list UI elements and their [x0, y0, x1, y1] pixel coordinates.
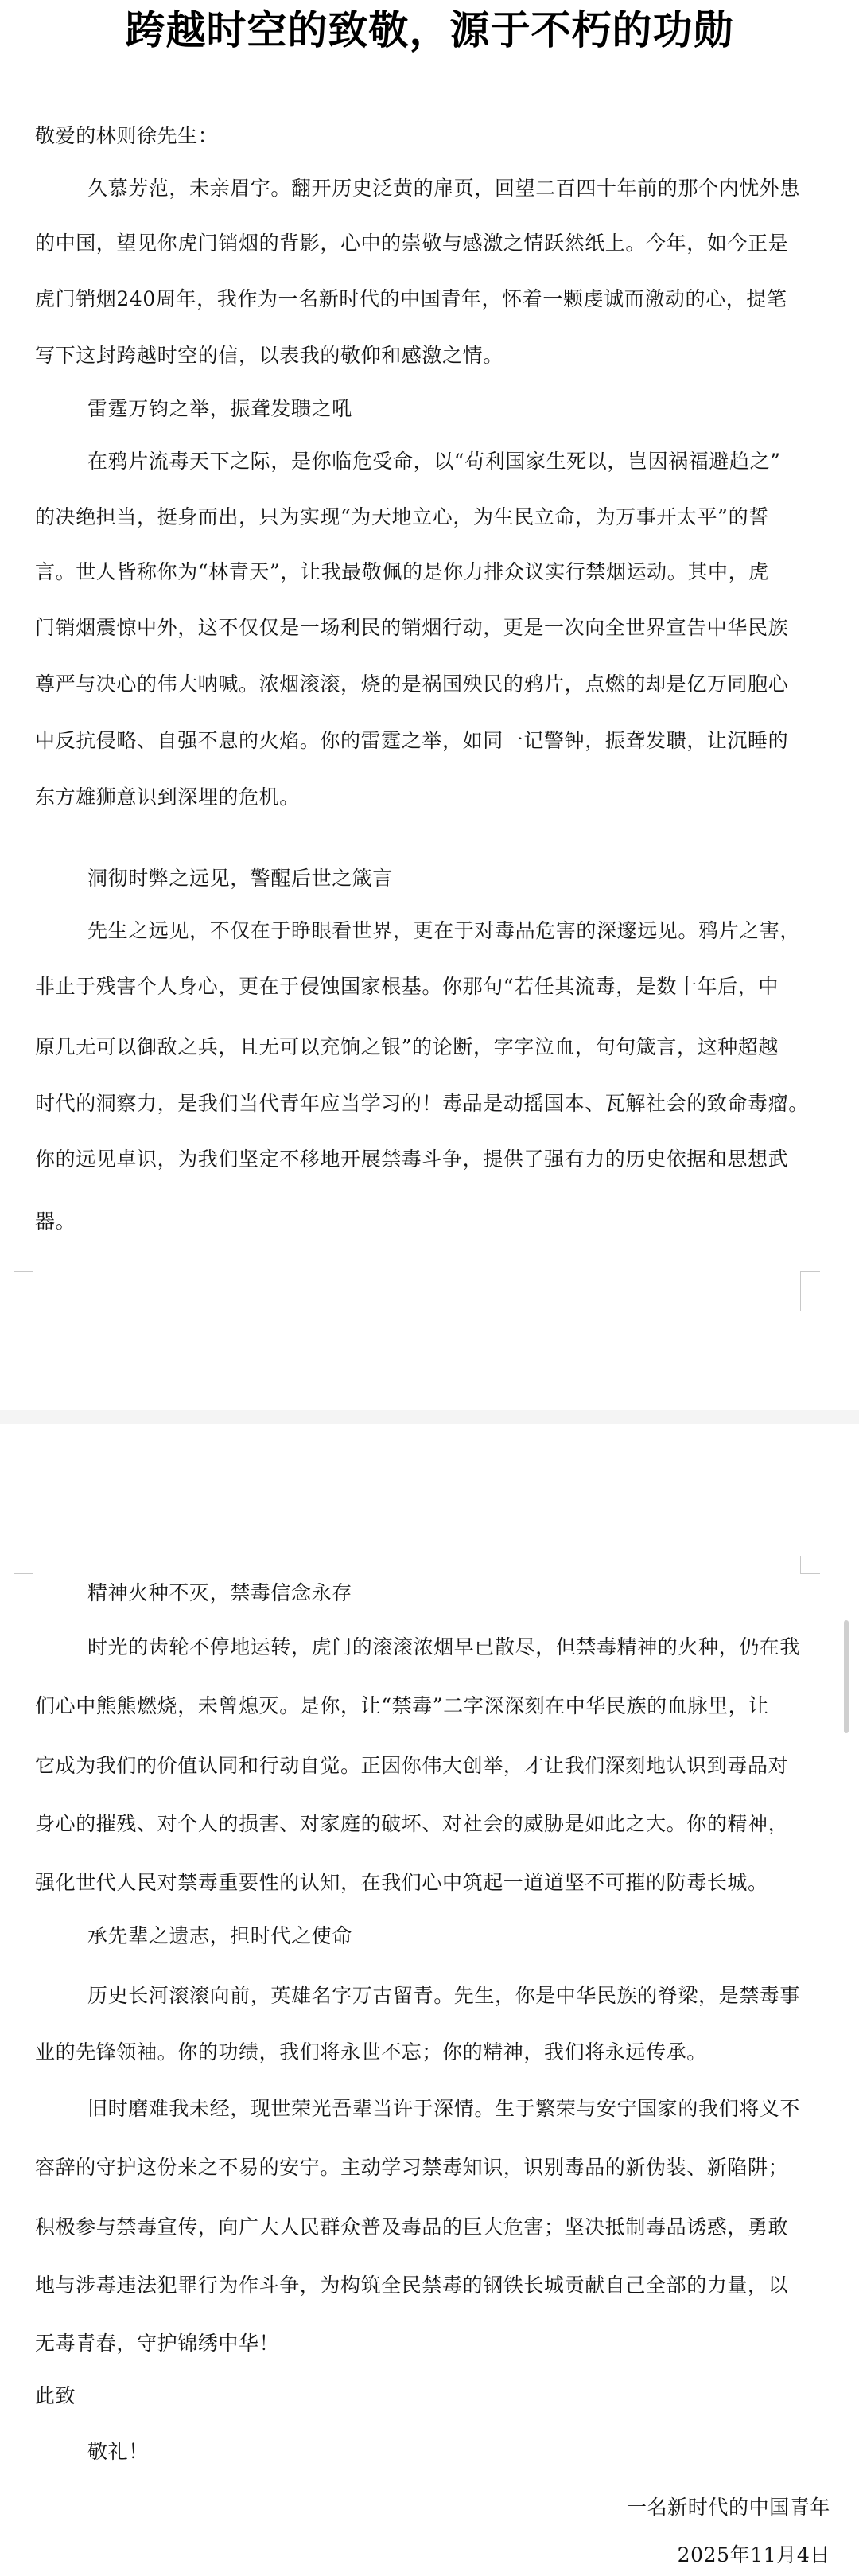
- closing-line: 此致: [35, 2383, 830, 2410]
- letter-date: 2025年11月4日: [678, 2542, 830, 2569]
- paragraph-line: 在鸦片流毒天下之际，是你临危受命，以“苟利国家生死以，岂因祸福避趋之”: [87, 448, 859, 475]
- paragraph-line: 先生之远见，不仅在于睁眼看世界，更在于对毒品危害的深邃远见。鸦片之害，: [87, 918, 859, 945]
- section-heading: 雷霆万钧之举，振聋发聩之吼: [87, 396, 859, 423]
- page-margin-corner-top-right: [800, 1556, 820, 1574]
- paragraph-line: 身心的摧残、对个人的损害、对家庭的破坏、对社会的威胁是如此之大。你的精神，: [35, 1810, 830, 1837]
- paragraph-line: 容辞的守护这份来之不易的安宁。主动学习禁毒知识，识别毒品的新伪装、新陷阱；: [35, 2154, 830, 2181]
- paragraph-line: 强化世代人民对禁毒重要性的认知，在我们心中筑起一道道坚不可摧的防毒长城。: [35, 1869, 830, 1896]
- paragraph-line: 旧时磨难我未经，现世荣光吾辈当许于深情。生于繁荣与安宁国家的我们将义不: [87, 2095, 859, 2122]
- paragraph-line: 的决绝担当，挺身而出，只为实现“为天地立心，为生民立命，为万事开太平”的誓: [35, 504, 830, 531]
- paragraph-line: 业的先锋领袖。你的功绩，我们将永世不忘；你的精神，我们将永远传承。: [35, 2039, 830, 2066]
- salutation: 敬爱的林则徐先生：: [35, 123, 830, 150]
- paragraph-line: 东方雄狮意识到深埋的危机。: [35, 784, 830, 811]
- section-heading: 精神火种不灭，禁毒信念永存: [87, 1580, 859, 1607]
- page-break-gap: [0, 1410, 859, 1424]
- signature: 一名新时代的中国青年: [627, 2494, 830, 2521]
- section-heading: 洞彻时弊之远见，警醒后世之箴言: [87, 865, 859, 892]
- paragraph-line: 历史长河滚滚向前，英雄名字万古留青。先生，你是中华民族的脊梁，是禁毒事: [87, 1982, 859, 2009]
- paragraph-line: 无毒青春，守护锦绣中华！: [35, 2330, 830, 2357]
- page-margin-corner-top-left: [14, 1556, 33, 1574]
- paragraph-line: 尊严与决心的伟大呐喊。浓烟滚滚，烧的是祸国殃民的鸦片，点燃的却是亿万同胞心: [35, 671, 830, 698]
- section-heading: 承先辈之遗志，担时代之使命: [87, 1923, 859, 1950]
- page-margin-corner-bottom-right: [800, 1271, 820, 1311]
- page-margin-corner-bottom-left: [14, 1271, 33, 1311]
- paragraph-line: 中反抗侵略、自强不息的火焰。你的雷霆之举，如同一记警钟，振聋发聩，让沉睡的: [35, 727, 830, 754]
- paragraph-line: 地与涉毒违法犯罪行为作斗争，为构筑全民禁毒的钢铁长城贡献自己全部的力量，以: [35, 2272, 830, 2299]
- paragraph-line: 器。: [35, 1208, 830, 1235]
- regards-line: 敬礼！: [87, 2438, 859, 2465]
- paragraph-line: 它成为我们的价值认同和行动自觉。正因你伟大创举，才让我们深刻地认识到毒品对: [35, 1752, 830, 1779]
- paragraph-line: 时代的洞察力，是我们当代青年应当学习的！毒品是动摇国本、瓦解社会的致命毒瘤。: [35, 1090, 830, 1117]
- document-page-1: 跨越时空的致敬，源于不朽的功勋 敬爱的林则徐先生： 久慕芳范，未亲眉宇。翻开历史…: [0, 0, 859, 1410]
- paragraph-line: 时光的齿轮不停地运转，虎门的滚滚浓烟早已散尽，但禁毒精神的火种，仍在我: [87, 1634, 859, 1661]
- paragraph-line: 积极参与禁毒宣传，向广大人民群众普及毒品的巨大危害；坚决抵制毒品诱惑，勇敢: [35, 2214, 830, 2241]
- paragraph-line: 写下这封跨越时空的信，以表我的敬仰和感激之情。: [35, 342, 830, 369]
- vertical-scrollbar[interactable]: [844, 1620, 849, 1733]
- paragraph-line: 久慕芳范，未亲眉宇。翻开历史泛黄的扉页，回望二百四十年前的那个内忧外患: [87, 175, 859, 202]
- paragraph-line: 原几无可以御敌之兵，且无可以充饷之银”的论断，字字泣血，句句箴言，这种超越: [35, 1034, 830, 1061]
- paragraph-line: 门销烟震惊中外，这不仅仅是一场利民的销烟行动，更是一次向全世界宣告中华民族: [35, 614, 830, 641]
- paragraph-line: 的中国，望见你虎门销烟的背影，心中的崇敬与感激之情跃然纸上。今年，如今正是: [35, 230, 830, 257]
- document-page-2: 精神火种不灭，禁毒信念永存 时光的齿轮不停地运转，虎门的滚滚浓烟早已散尽，但禁毒…: [0, 1424, 859, 2576]
- paragraph-line: 非止于残害个人身心，更在于侵蚀国家根基。你那句“若任其流毒，是数十年后，中: [35, 973, 830, 1000]
- paragraph-line: 你的远见卓识，为我们坚定不移地开展禁毒斗争，提供了强有力的历史依据和思想武: [35, 1146, 830, 1173]
- paragraph-line: 虎门销烟240周年，我作为一名新时代的中国青年，怀着一颗虔诚而激动的心，提笔: [35, 286, 830, 313]
- letter-title: 跨越时空的致敬，源于不朽的功勋: [0, 6, 859, 54]
- paragraph-line: 言。世人皆称你为“林青天”，让我最敬佩的是你力排众议实行禁烟运动。其中，虎: [35, 559, 830, 586]
- paragraph-line: 们心中熊熊燃烧，未曾熄灭。是你，让“禁毒”二字深深刻在中华民族的血脉里，让: [35, 1693, 830, 1720]
